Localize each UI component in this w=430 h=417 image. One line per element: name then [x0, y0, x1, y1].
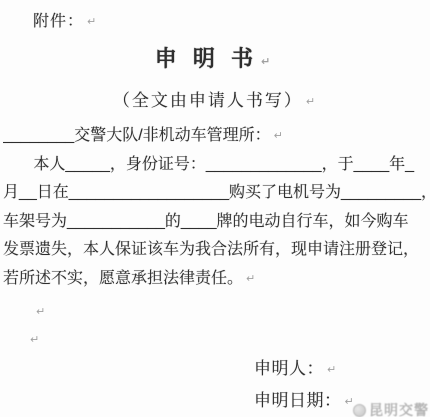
body-line: 本人_____，身份证号：_____________，于____年_ [3, 151, 427, 180]
body-line-text: 若所述不实，愿意承担法律责任。 [3, 270, 243, 287]
paragraph-return-mark: ↵ [327, 364, 337, 376]
date-label-text: 申明日期： [254, 391, 342, 410]
declaration-date-label: 申明日期：↵ [254, 386, 354, 411]
body-line: 发票遗失，本人保证该车为我合法所有，现申请注册登记， [3, 236, 427, 265]
title-text: 申 明 书 [155, 46, 258, 71]
paragraph-return-mark: ↵ [30, 333, 39, 346]
body-line: 若所述不实，愿意承担法律责任。↵ [3, 265, 427, 294]
attachment-text: 附件： [33, 13, 84, 30]
salutation-line: ________交警大队/非机动车管理所：↵ [3, 122, 427, 151]
body-line-text: 车架号为___________的____牌的电动自行车，如今购车 [3, 213, 408, 230]
declaration-document: 附件：↵ 申 明 书↵ （全文由申请人书写）↵ ________交警大队/非机动… [0, 0, 430, 417]
declarant-signature-label: 申明人：↵ [254, 354, 337, 379]
kunming-traffic-police-watermark: 昆明交警 [353, 400, 429, 417]
salutation-text: ________交警大队/非机动车管理所： [3, 127, 271, 144]
paragraph-return-mark: ↵ [261, 56, 275, 68]
attachment-label: 附件：↵ [33, 8, 97, 31]
document-body: ________交警大队/非机动车管理所：↵ 本人_____，身份证号：____… [3, 122, 427, 293]
paragraph-return-mark: ↵ [246, 273, 255, 285]
paragraph-return-mark: ↵ [87, 16, 97, 28]
body-line-text: 月__日在__________________购买了电机号为_________， [3, 184, 427, 201]
body-line-text: 发票遗失，本人保证该车为我合法所有，现申请注册登记， [3, 241, 419, 258]
paragraph-return-mark: ↵ [36, 305, 45, 318]
police-badge-icon [353, 404, 366, 417]
page-title: 申 明 书↵ [0, 42, 430, 73]
subtitle: （全文由申请人书写）↵ [0, 86, 430, 111]
paragraph-return-mark: ↵ [274, 130, 283, 142]
paragraph-return-mark: ↵ [306, 96, 317, 108]
declarant-label-text: 申明人： [254, 359, 324, 378]
body-line-text: 本人_____，身份证号：_____________，于____年_ [33, 156, 414, 173]
body-line: 车架号为___________的____牌的电动自行车，如今购车 [3, 208, 427, 237]
body-line: 月__日在__________________购买了电机号为_________， [3, 179, 427, 208]
watermark-text: 昆明交警 [369, 400, 429, 417]
subtitle-text: （全文由申请人书写） [113, 91, 303, 110]
